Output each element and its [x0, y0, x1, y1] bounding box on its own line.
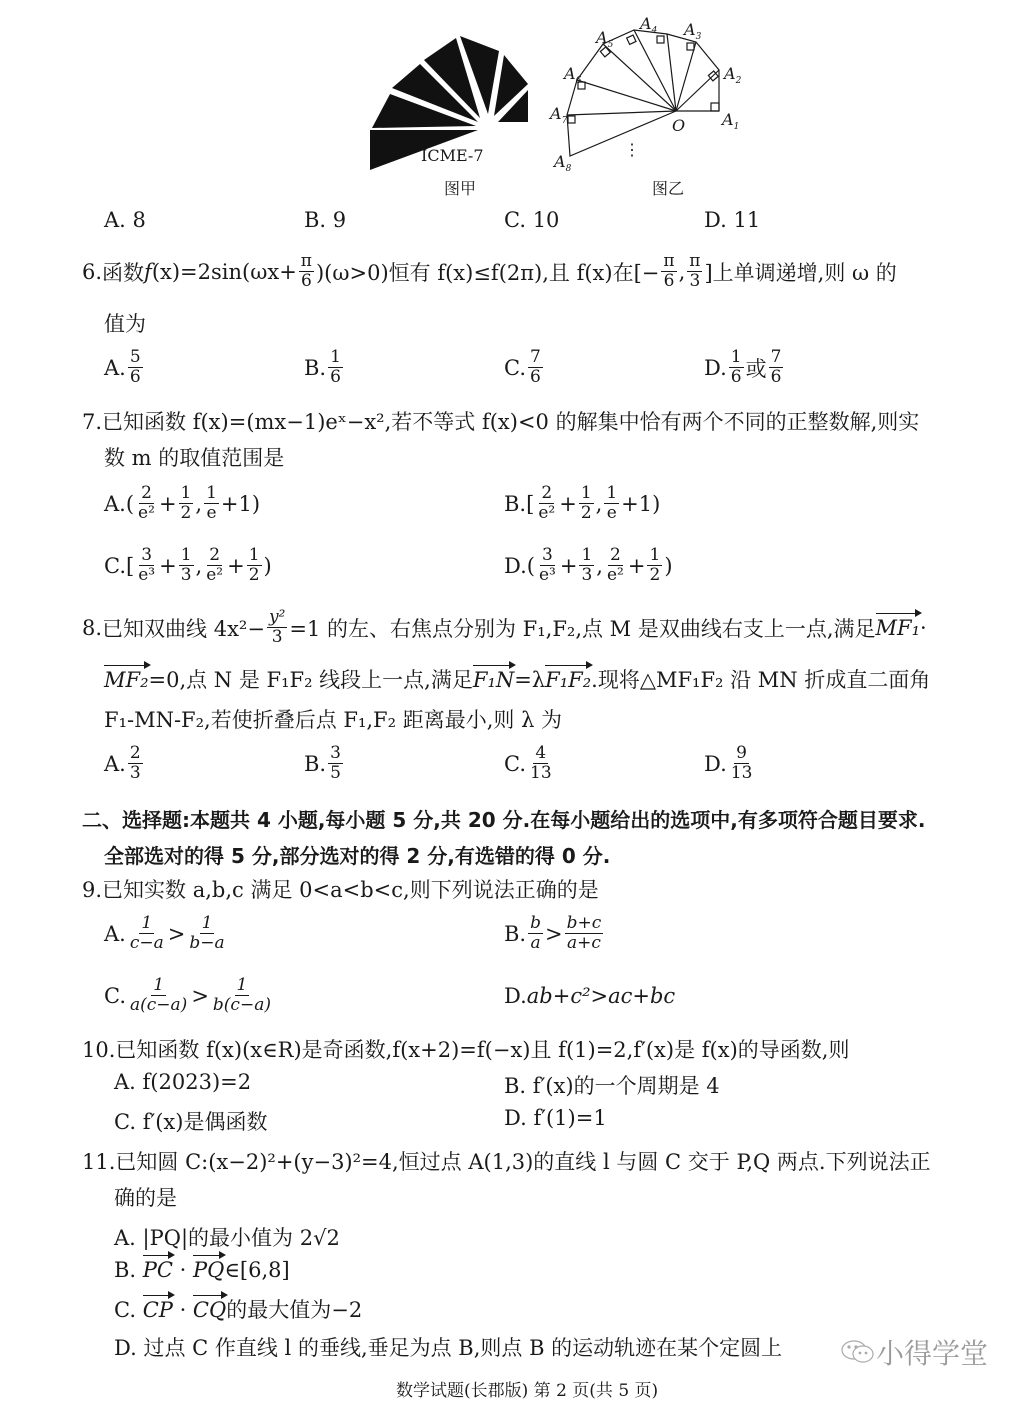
watermark: 小得学堂 — [840, 1332, 988, 1372]
q11-stem-line2: 确的是 — [114, 1182, 177, 1212]
q9-option-c: C.1a(c−a)>1b(c−a) — [104, 976, 275, 1015]
q8-stem-line2: MF₂=0,点 N 是 F₁F₂ 线段上一点,满足F₁N=λF₁F₂.现将△MF… — [104, 664, 930, 694]
point-label-A4: A4 — [640, 14, 657, 36]
q8-stem-line1: 8.已知双曲线 4x²− y²3 =1 的左、右焦点分别为 F₁,F₂,点 M … — [82, 608, 927, 647]
q8-option-a: A.23 — [104, 744, 145, 783]
point-label-O: O — [672, 116, 685, 135]
q8-option-d: D.913 — [704, 744, 756, 783]
q6-option-d: D.16或76 — [704, 348, 785, 387]
q7-option-b: B.[ 2e²+ 12, 1e+1) — [504, 484, 660, 523]
watermark-text: 小得学堂 — [876, 1332, 988, 1372]
point-label-A1: A1 — [722, 110, 739, 132]
figure-b-caption: 图乙 — [652, 176, 684, 199]
point-label-A3: A3 — [684, 20, 701, 42]
q5-option-d: D. 11 — [704, 208, 760, 232]
q9-stem: 9.已知实数 a,b,c 满足 0<a<b<c,则下列说法正确的是 — [82, 874, 599, 904]
q9-option-b: B.ba>b+ca+c — [504, 914, 605, 953]
q7-option-d: D.( 3e³+ 13, 2e²+ 12) — [504, 546, 673, 585]
figure-b: A1 A2 A3 A4 A5 A6 A7 A8 O ⋮ — [548, 14, 748, 174]
q7-stem-line1: 7.已知函数 f(x)=(mx−1)eˣ−x²,若不等式 f(x)<0 的解集中… — [82, 406, 919, 436]
q5-option-a: A. 8 — [104, 208, 146, 232]
figure-a-caption: 图甲 — [444, 176, 476, 199]
q7-option-a: A.( 2e²+ 12, 1e+1) — [104, 484, 260, 523]
q8-option-b: B.35 — [304, 744, 345, 783]
q10-option-c: C. f′(x)是偶函数 — [114, 1106, 267, 1136]
point-label-A5: A5 — [596, 28, 613, 50]
q11-option-c: C. CP · CQ的最大值为−2 — [114, 1294, 362, 1324]
point-label-A6: A6 — [564, 64, 581, 86]
q11-option-d: D. 过点 C 作直线 l 的垂线,垂足为点 B,则点 B 的运动轨迹在某个定圆… — [114, 1332, 782, 1362]
q6-option-c: C.76 — [504, 348, 545, 387]
q5-option-b: B. 9 — [304, 208, 346, 232]
q7-option-c: C.[ 3e³+ 13, 2e²+ 12) — [104, 546, 272, 585]
page-footer: 数学试题(长郡版) 第 2 页(共 5 页) — [396, 1376, 658, 1401]
q6-stem-line2: 值为 — [104, 308, 146, 338]
section2-heading-line1: 二、选择题:本题共 4 小题,每小题 5 分,共 20 分.在每小题给出的选项中… — [82, 804, 925, 833]
q6-option-a: A.56 — [104, 348, 145, 387]
q9-option-d: D.ab+c²>ac+bc — [504, 984, 675, 1008]
point-label-A8: A8 — [554, 152, 571, 174]
ellipsis-mark: ⋮ — [624, 140, 640, 159]
q10-option-a: A. f(2023)=2 — [114, 1070, 251, 1094]
wechat-logo-icon — [840, 1339, 876, 1365]
q11-stem-line1: 11.已知圆 C:(x−2)²+(y−3)²=4,恒过点 A(1,3)的直线 l… — [82, 1146, 931, 1176]
right-triangle-spiral-diagram — [548, 14, 748, 174]
q11-option-b: B. PC · PQ∈[6,8] — [114, 1258, 290, 1282]
section2-heading-line2: 全部选对的得 5 分,部分选对的得 2 分,有选错的得 0 分. — [104, 840, 610, 869]
q10-option-b: B. f′(x)的一个周期是 4 — [504, 1070, 720, 1100]
q6-stem-line1: 6.函数 f(x)=2sin(ωx+ π6 )(ω>0)恒有 f(x)≤f(2π… — [82, 252, 897, 291]
q11-option-a: A. |PQ|的最小值为 2√2 — [114, 1222, 340, 1252]
point-label-A7: A7 — [550, 104, 567, 126]
point-label-A2: A2 — [724, 64, 741, 86]
q9-option-a: A.1c−a>1b−a — [104, 914, 229, 953]
q10-option-d: D. f′(1)=1 — [504, 1106, 607, 1130]
q10-stem: 10.已知函数 f(x)(x∈R)是奇函数,f(x+2)=f(−x)且 f(1)… — [82, 1034, 849, 1064]
q6-option-b: B.16 — [304, 348, 345, 387]
figure-a-inner-label: ICME-7 — [421, 146, 484, 165]
q8-stem-line3: F₁-MN-F₂,若使折叠后点 F₁,F₂ 距离最小,则 λ 为 — [104, 704, 562, 734]
q7-stem-line2: 数 m 的取值范围是 — [104, 442, 284, 472]
q8-option-c: C.413 — [504, 744, 556, 783]
q5-option-c: C. 10 — [504, 208, 559, 232]
